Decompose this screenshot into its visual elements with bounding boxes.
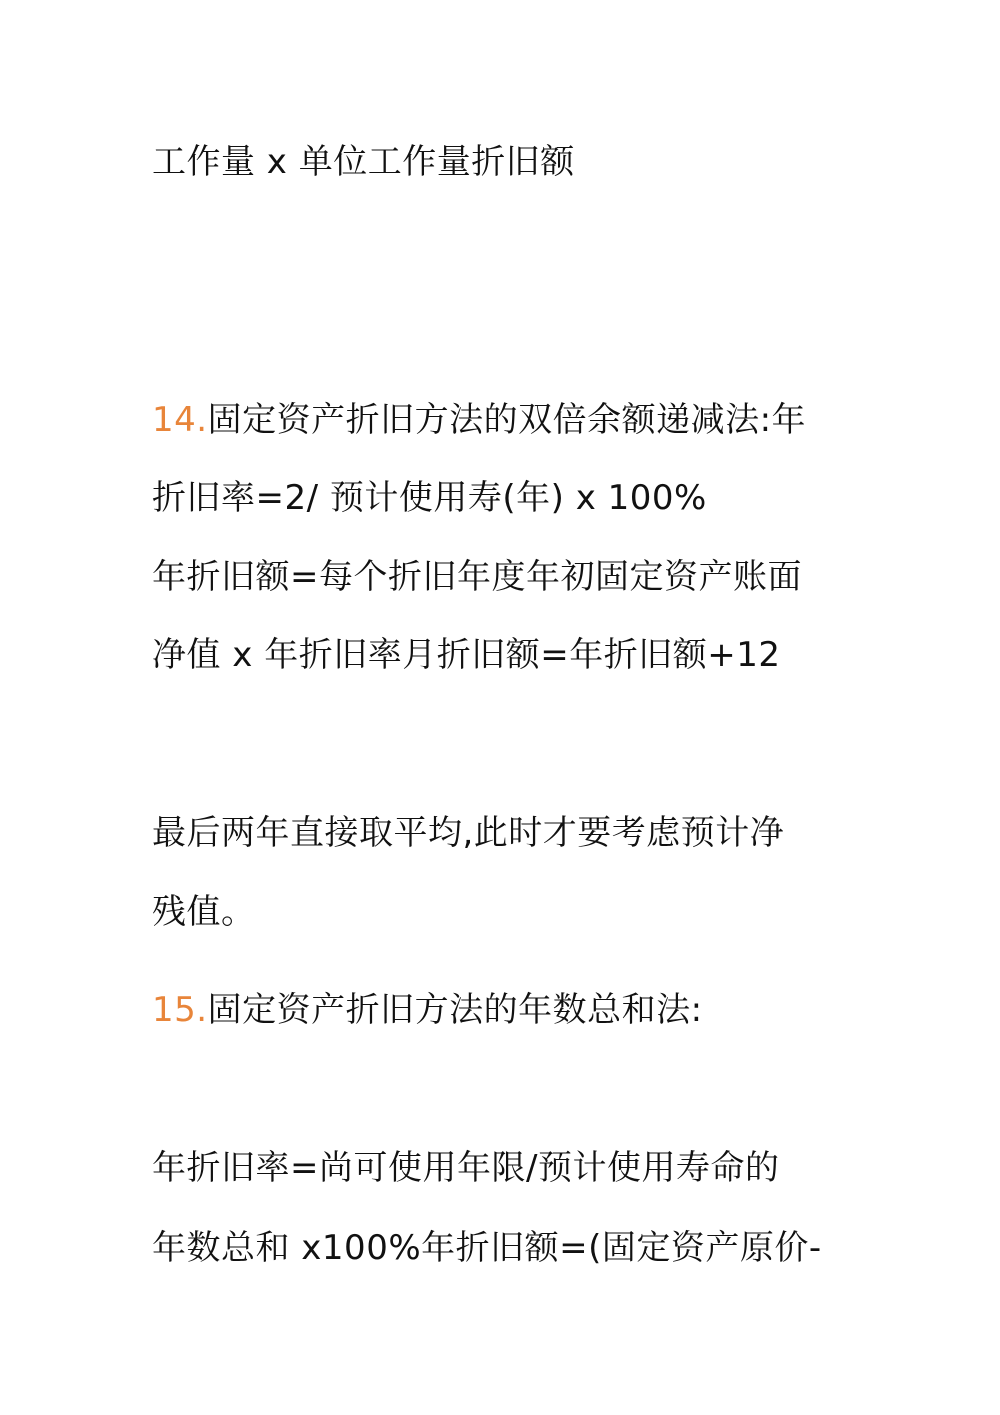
text-line: 年折旧额=每个折旧年度年初固定资产账面 — [152, 557, 802, 597]
text-line: 净值 x 年折旧率月折旧额=年折旧额+12 — [152, 635, 780, 675]
section-number: 14. — [152, 400, 208, 440]
text-line: 年数总和 x100%年折旧额=(固定资产原价- — [152, 1228, 822, 1268]
section-14-heading: 14.固定资产折旧方法的双倍余额递减法:年 — [152, 400, 806, 440]
text-line: 折旧率=2/ 预计使用寿(年) x 100% — [152, 478, 707, 518]
section-15-heading: 15.固定资产折旧方法的年数总和法: — [152, 990, 703, 1030]
text-line: 最后两年直接取平均,此时才要考虑预计净 — [152, 813, 784, 853]
section-number: 15. — [152, 990, 208, 1030]
section-title: 固定资产折旧方法的年数总和法: — [208, 990, 703, 1030]
section-title: 固定资产折旧方法的双倍余额递减法:年 — [208, 400, 806, 440]
text-line: 残值。 — [152, 892, 256, 932]
text-line: 年折旧率=尚可使用年限/预计使用寿命的 — [152, 1148, 779, 1188]
text-line: 工作量 x 单位工作量折旧额 — [152, 142, 575, 182]
